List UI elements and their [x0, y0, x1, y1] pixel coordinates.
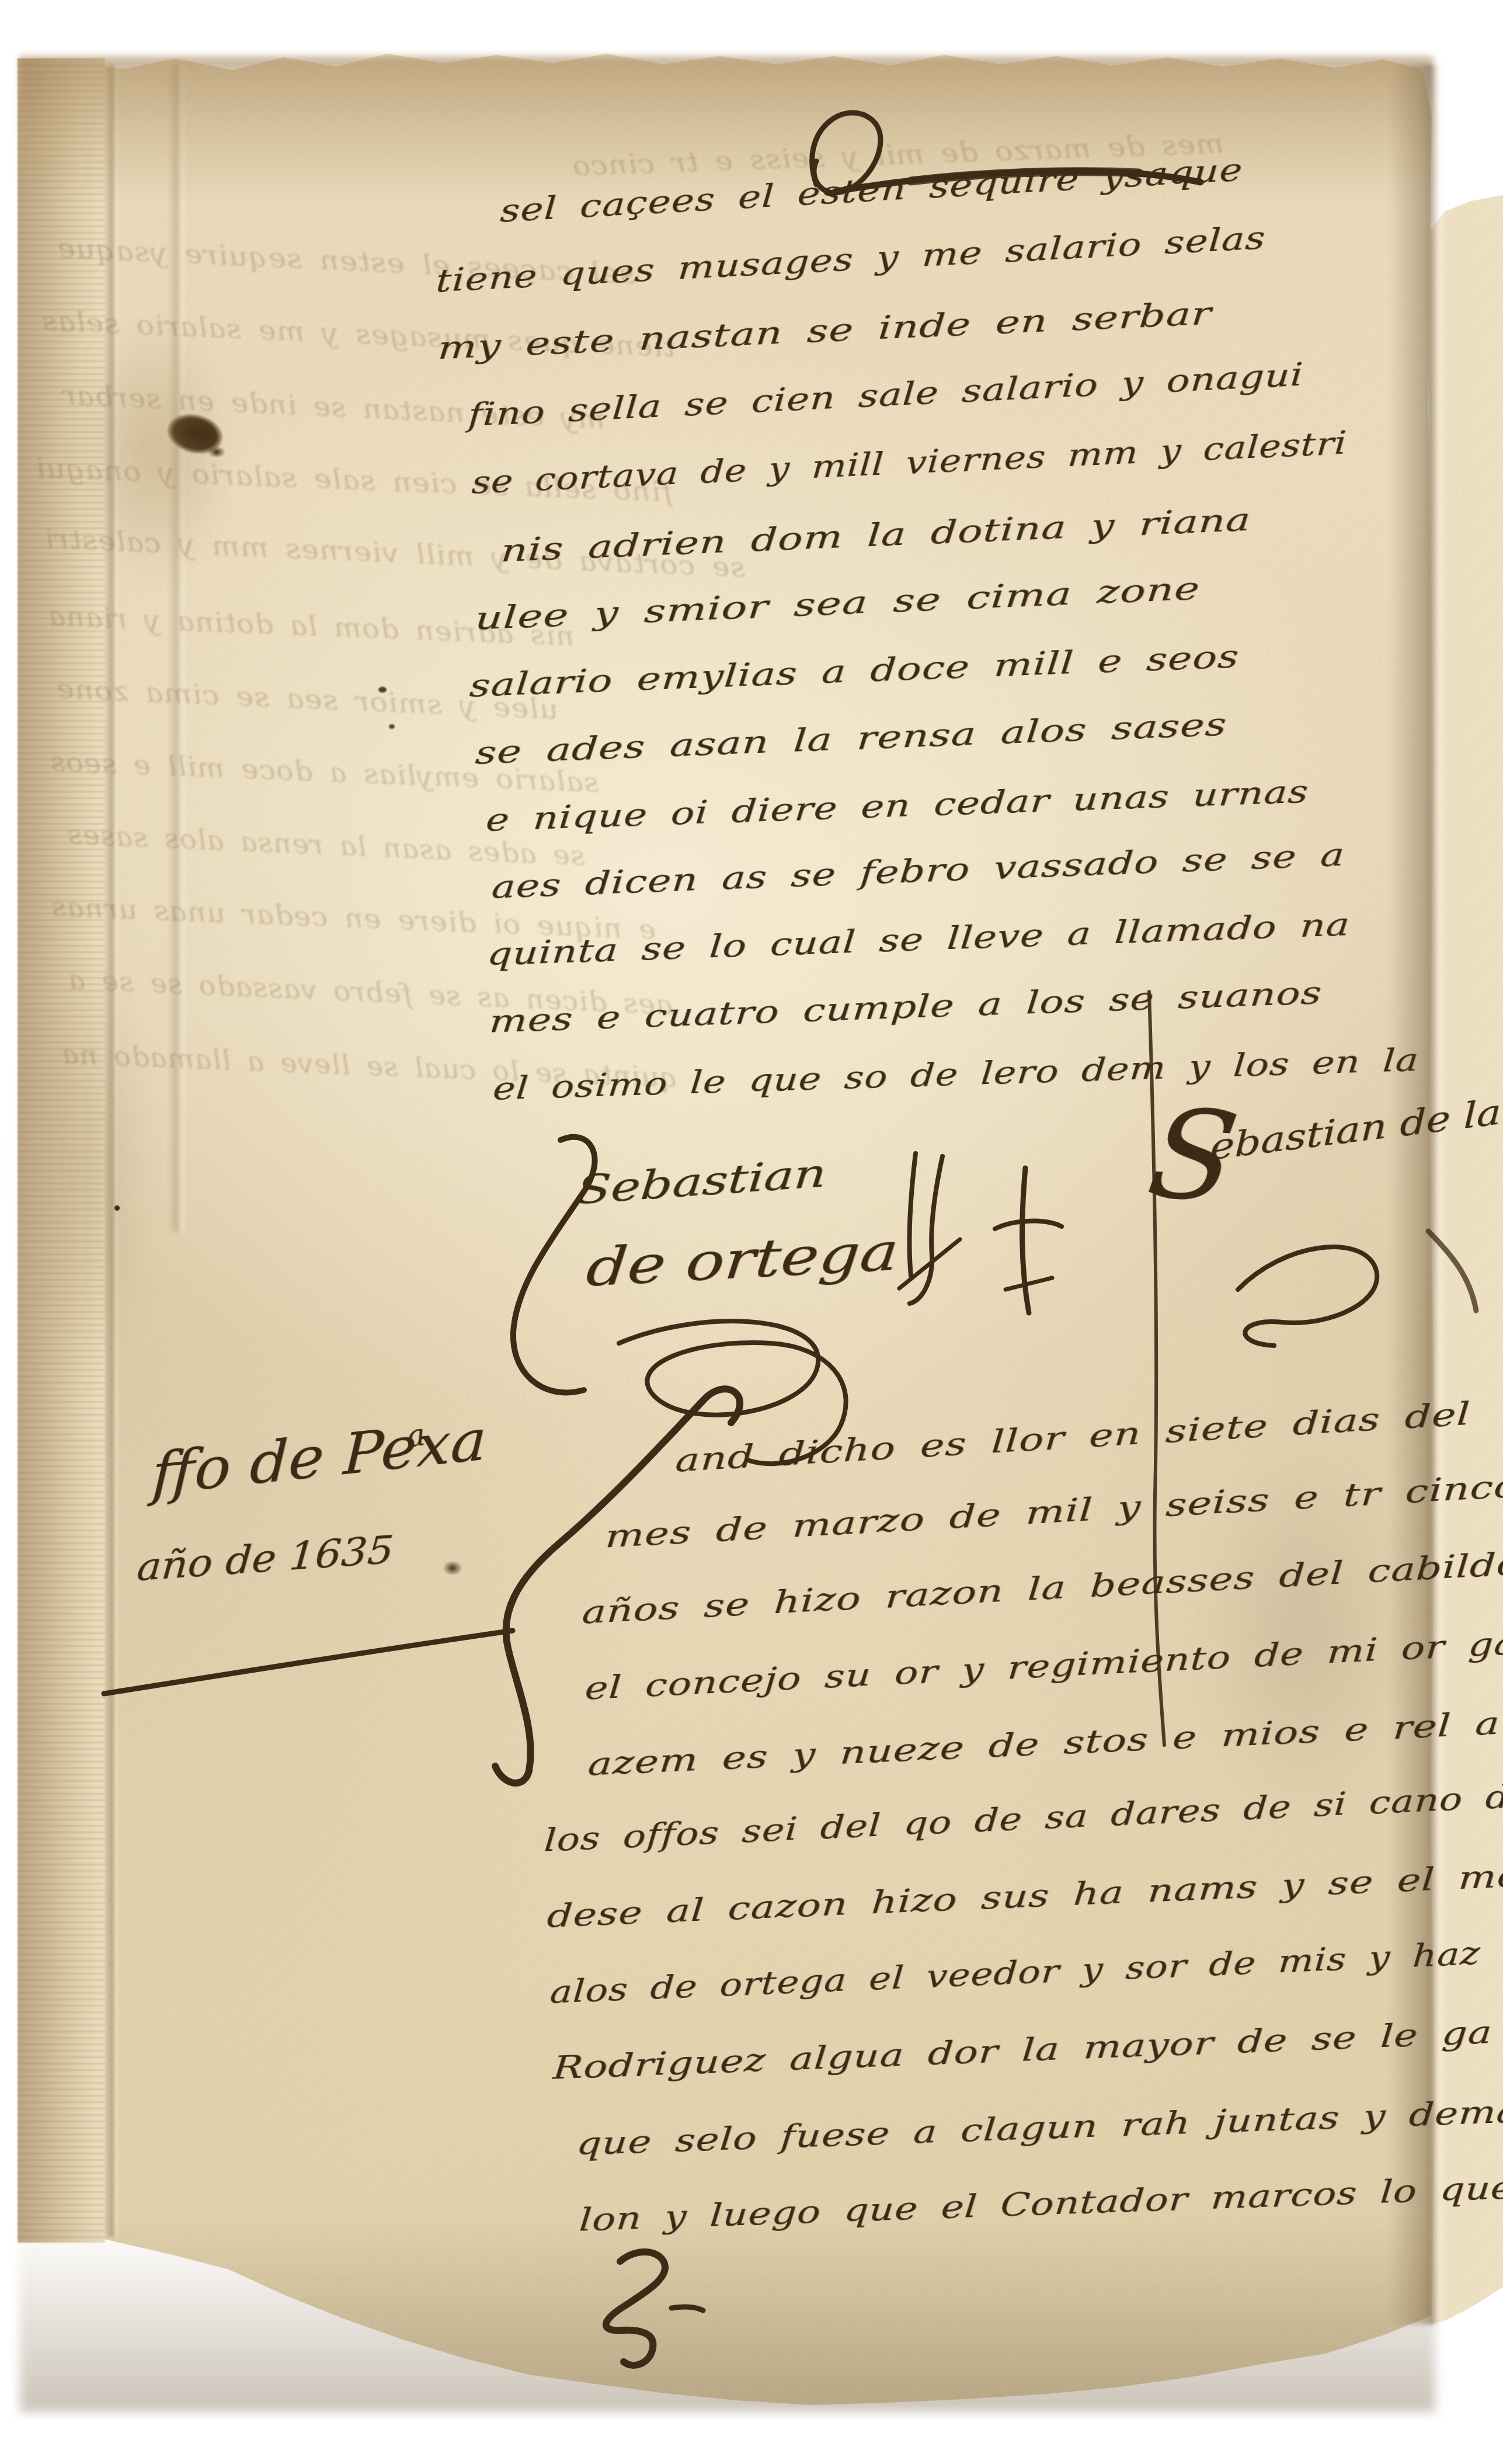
closing-z-flourish-icon [0, 0, 1503, 2464]
scanned-manuscript-photo: mes de marzo de mil y seiss e tr cinco s… [0, 0, 1503, 2464]
